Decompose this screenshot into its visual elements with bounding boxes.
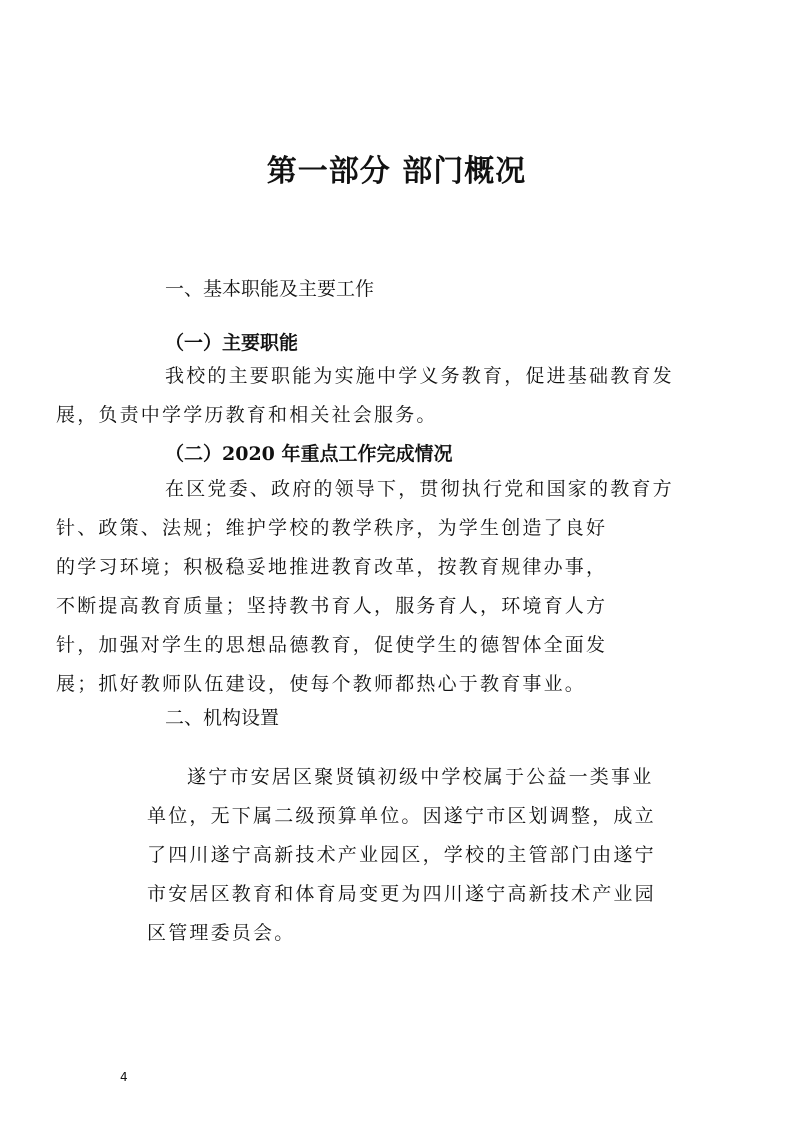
- text-line: 的学习环境；积极稳妥地推进教育改革，按教育规律办事，: [56, 548, 674, 587]
- section-heading-basic-functions: 一、基本职能及主要工作: [165, 274, 374, 301]
- paragraph-2020-work: 在区党委、政府的领导下，贯彻执行党和国家的教育方 针、政策、法规；维护学校的教学…: [56, 470, 674, 704]
- text-line: 针、政策、法规；维护学校的教学秩序，为学生创造了良好: [56, 509, 674, 548]
- text-line: 展，负责中学学历教育和相关社会服务。: [56, 396, 674, 435]
- text-line: 了四川遂宁高新技术产业园区，学校的主管部门由遂宁: [147, 836, 656, 875]
- paragraph-organization: 遂宁市安居区聚贤镇初级中学校属于公益一类事业 单位，无下属二级预算单位。因遂宁市…: [147, 758, 656, 953]
- text-line: 区管理委员会。: [147, 914, 656, 953]
- subheading-main-functions: （一）主要职能: [165, 328, 298, 355]
- subheading-2020-work: （二）2020 年重点工作完成情况: [165, 439, 453, 466]
- paragraph-main-functions: 我校的主要职能为实施中学义务教育，促进基础教育发 展，负责中学学历教育和相关社会…: [56, 357, 674, 435]
- text-line: 在区党委、政府的领导下，贯彻执行党和国家的教育方: [56, 470, 674, 509]
- text-line: 遂宁市安居区聚贤镇初级中学校属于公益一类事业: [147, 758, 656, 797]
- text-line: 市安居区教育和体育局变更为四川遂宁高新技术产业园: [147, 875, 656, 914]
- text-line: 单位，无下属二级预算单位。因遂宁市区划调整，成立: [147, 797, 656, 836]
- text-line: 针，加强对学生的思想品德教育，促使学生的德智体全面发: [56, 626, 674, 665]
- page-title: 第一部分 部门概况: [0, 146, 793, 190]
- page-number: 4: [120, 1070, 128, 1084]
- text-line: 我校的主要职能为实施中学义务教育，促进基础教育发: [56, 357, 674, 396]
- text-line: 不断提高教育质量；坚持教书育人，服务育人，环境育人方: [56, 587, 674, 626]
- section-heading-organization: 二、机构设置: [165, 703, 279, 730]
- text-line: 展；抓好教师队伍建设，使每个教师都热心于教育事业。: [56, 665, 674, 704]
